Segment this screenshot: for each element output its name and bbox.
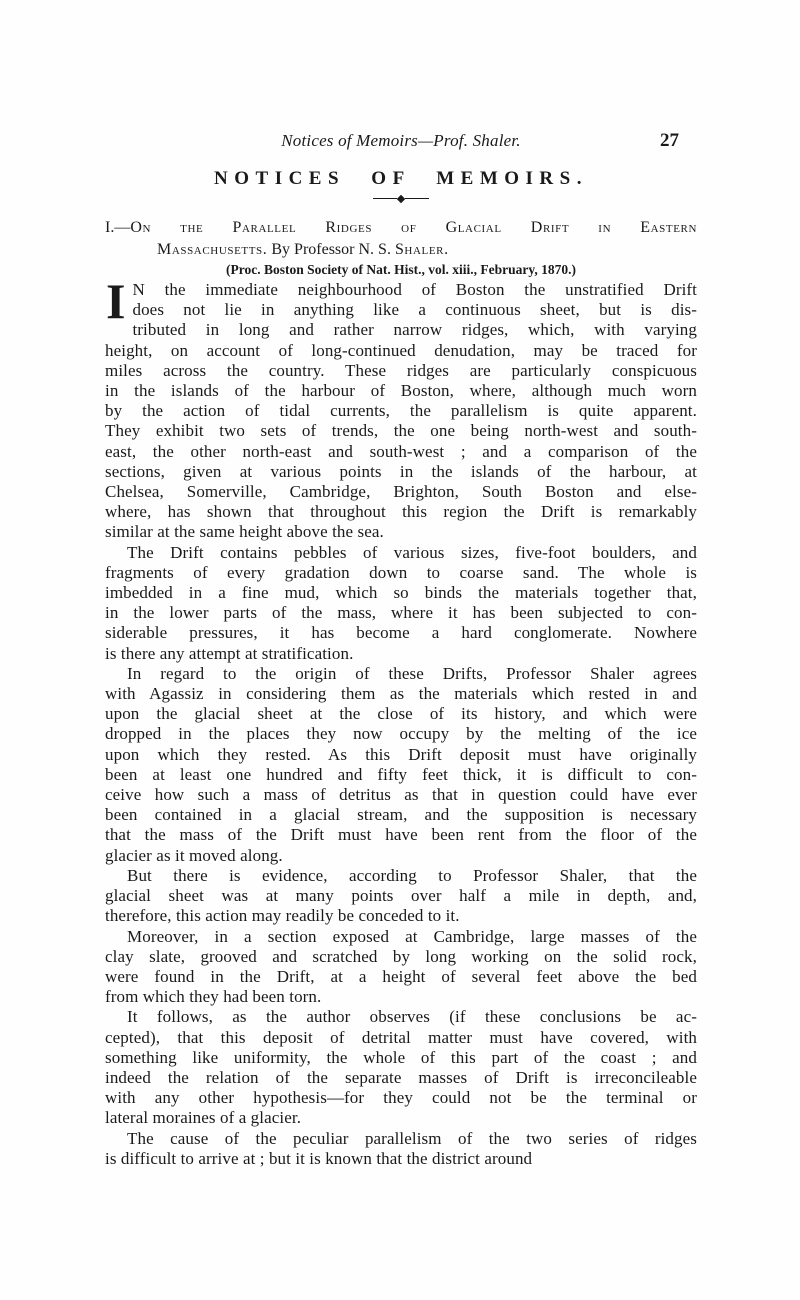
- text-line: upon which they rested. As this Drift de…: [105, 745, 697, 765]
- text-line: in the lower parts of the mass, where it…: [105, 603, 697, 623]
- paragraph: IN the immediate neighbourhood of Boston…: [105, 280, 697, 543]
- text-line: is difficult to arrive at ; but it is kn…: [105, 1149, 697, 1169]
- text-line: The cause of the peculiar parallelism of…: [105, 1129, 697, 1149]
- text-line: something like uniformity, the whole of …: [105, 1048, 697, 1068]
- text-line: similar at the same height above the sea…: [105, 522, 697, 542]
- article-numeral: I.—: [105, 219, 130, 236]
- text-line: were found in the Drift, at a height of …: [105, 967, 697, 987]
- article-title-caps: On the Parallel Ridges of Glacial Drift …: [130, 219, 697, 236]
- text-line: does not lie in anything like a continuo…: [105, 300, 697, 320]
- text-line: height, on account of long-continued den…: [105, 341, 697, 361]
- text-line: It follows, as the author observes (if t…: [105, 1007, 697, 1027]
- text-line: The Drift contains pebbles of various si…: [105, 543, 697, 563]
- drop-cap: I: [106, 281, 125, 321]
- divider-diamond-icon: [397, 194, 405, 202]
- paragraph: The Drift contains pebbles of various si…: [105, 543, 697, 664]
- paragraph: It follows, as the author observes (if t…: [105, 1007, 697, 1128]
- paragraph: Moreover, in a section exposed at Cambri…: [105, 927, 697, 1008]
- paragraph: The cause of the peculiar parallelism of…: [105, 1129, 697, 1169]
- article-heading: I.—On the Parallel Ridges of Glacial Dri…: [105, 217, 697, 260]
- text-line: is there any attempt at stratification.: [105, 644, 697, 664]
- text-line: glacier as it moved along.: [105, 846, 697, 866]
- text-line: ceive how such a mass of detritus as tha…: [105, 785, 697, 805]
- section-title: NOTICES OF MEMOIRS.: [105, 168, 697, 190]
- article-title-caps2: Massachusetts.: [157, 241, 267, 258]
- text-line: miles across the country. These ridges a…: [105, 361, 697, 381]
- text-line: tributed in long and rather narrow ridge…: [105, 320, 697, 340]
- text-line: with any other hypothesis—for they could…: [105, 1088, 697, 1108]
- paragraph: In regard to the origin of these Drifts,…: [105, 664, 697, 866]
- paragraph: But there is evidence, according to Prof…: [105, 866, 697, 927]
- divider-rule-right: [405, 198, 429, 200]
- text-line: clay slate, grooved and scratched by lon…: [105, 947, 697, 967]
- text-line: been at least one hundred and fifty feet…: [105, 765, 697, 785]
- article-body: IN the immediate neighbourhood of Boston…: [105, 280, 697, 1169]
- text-line: in the islands of the harbour of Boston,…: [105, 381, 697, 401]
- divider-rule-left: [373, 198, 397, 200]
- text-block: Notices of Memoirs—Prof. Shaler. 27 NOTI…: [105, 130, 697, 1169]
- article-heading-line2: Massachusetts. By Professor N. S. Shaler…: [105, 239, 697, 261]
- text-line: with Agassiz in considering them as the …: [105, 684, 697, 704]
- text-line: Moreover, in a section exposed at Cambri…: [105, 927, 697, 947]
- text-line: glacial sheet was at many points over ha…: [105, 886, 697, 906]
- article-heading-line1: I.—On the Parallel Ridges of Glacial Dri…: [105, 217, 697, 239]
- text-line: indeed the relation of the separate mass…: [105, 1068, 697, 1088]
- text-line: by the action of tidal currents, the par…: [105, 401, 697, 421]
- text-line: cepted), that this deposit of detrital m…: [105, 1028, 697, 1048]
- text-line: that the mass of the Drift must have bee…: [105, 825, 697, 845]
- text-line: lateral moraines of a glacier.: [105, 1108, 697, 1128]
- text-line: where, has shown that throughout this re…: [105, 502, 697, 522]
- page-header: Notices of Memoirs—Prof. Shaler. 27: [105, 130, 697, 152]
- text-line: sections, given at various points in the…: [105, 462, 697, 482]
- scanned-journal-page: Notices of Memoirs—Prof. Shaler. 27 NOTI…: [0, 0, 800, 1300]
- text-line: In regard to the origin of these Drifts,…: [105, 664, 697, 684]
- text-line: fragments of every gradation down to coa…: [105, 563, 697, 583]
- text-line: They exhibit two sets of trends, the one…: [105, 421, 697, 441]
- text-line: upon the glacial sheet at the close of i…: [105, 704, 697, 724]
- text-line: therefore, this action may readily be co…: [105, 906, 697, 926]
- source-citation: (Proc. Boston Society of Nat. Hist., vol…: [105, 262, 697, 278]
- page-number: 27: [660, 130, 679, 152]
- article-author-name: Shaler.: [395, 241, 449, 258]
- text-line: from which they had been torn.: [105, 987, 697, 1007]
- running-head: Notices of Memoirs—Prof. Shaler.: [105, 130, 697, 152]
- text-line: siderable pressures, it has become a har…: [105, 623, 697, 643]
- article-byline: By Professor N. S.: [267, 241, 395, 258]
- text-line: east, the other north-east and south-wes…: [105, 442, 697, 462]
- text-line: dropped in the places they now occupy by…: [105, 724, 697, 744]
- text-line: imbedded in a fine mud, which so binds t…: [105, 583, 697, 603]
- text-line: But there is evidence, according to Prof…: [105, 866, 697, 886]
- text-line: N the immediate neighbourhood of Boston …: [105, 280, 697, 300]
- ornament-divider: [105, 194, 697, 203]
- text-line: Chelsea, Somerville, Cambridge, Brighton…: [105, 482, 697, 502]
- text-line: been contained in a glacial stream, and …: [105, 805, 697, 825]
